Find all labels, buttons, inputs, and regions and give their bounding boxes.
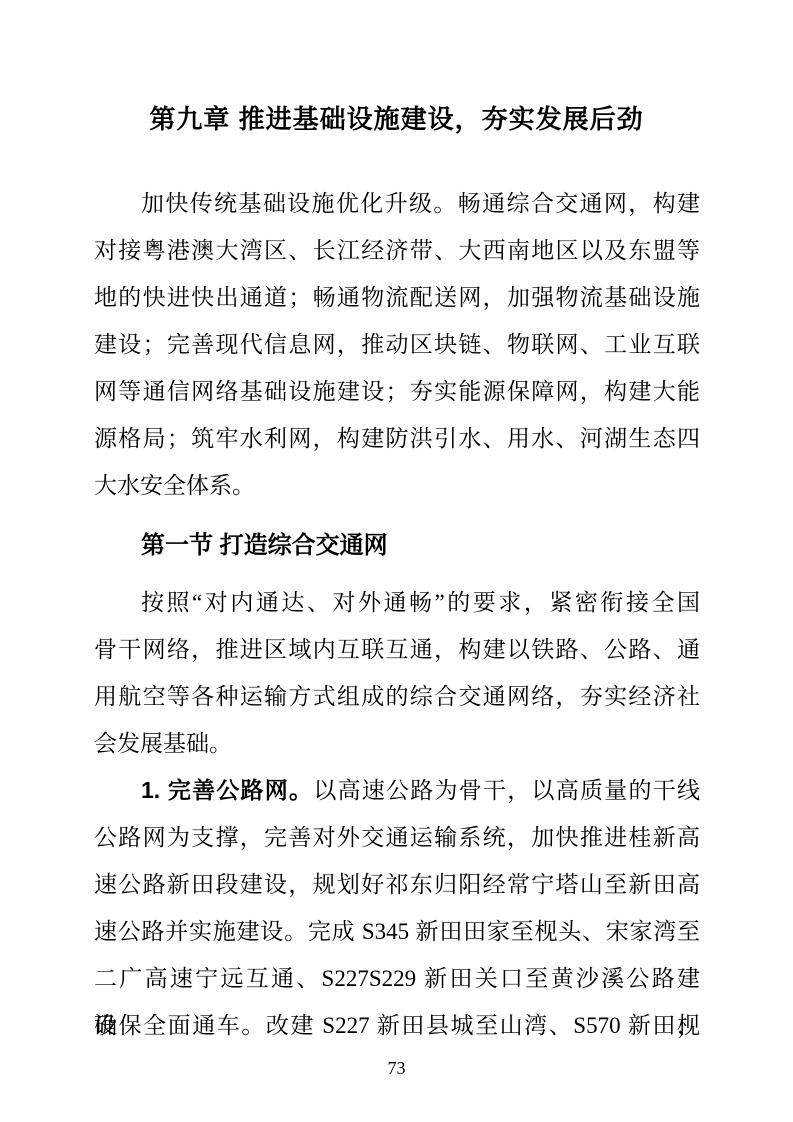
document-page: 第九章 推进基础设施建设，夯实发展后劲 加快传统基础设施优化升级。畅通综合交通网… (0, 0, 793, 1122)
text-line: 速公路新田段建设，规划好祁东归阳经常宁塔山至新田高 (94, 861, 700, 908)
paragraph-intro: 加快传统基础设施优化升级。畅通综合交通网，构建 对接粤港澳大湾区、长江经济带、大… (94, 180, 700, 509)
paragraph-highway-network: 1. 完善公路网。以高速公路为骨干，以高质量的干线 公路网为支撑，完善对外交通运… (94, 767, 700, 1049)
text-line: 大水安全体系。 (94, 462, 700, 509)
text-line: 源格局；筑牢水利网，构建防洪引水、用水、河湖生态四 (94, 415, 700, 462)
text-line: 地的快进快出通道；畅通物流配送网，加强物流基础设施 (94, 274, 700, 321)
section-heading: 第一节 打造综合交通网 (94, 525, 700, 567)
text-line: 公路网为支撑，完善对外交通运输系统，加快推进桂新高 (94, 814, 700, 861)
text-line: 网等通信网络基础设施建设；夯实能源保障网，构建大能 (94, 368, 700, 415)
page-number: 73 (0, 1056, 793, 1080)
paragraph-section-intro: 按照“对内通达、对外通畅”的要求，紧密衔接全国 骨干网络，推进区域内互联互通，构… (94, 579, 700, 767)
text-line: 会发展基础。 (94, 720, 700, 767)
list-item-lead: 1. 完善公路网。 (141, 777, 313, 803)
chapter-title: 第九章 推进基础设施建设，夯实发展后劲 (0, 0, 793, 140)
text-line: 1. 完善公路网。以高速公路为骨干，以高质量的干线 (94, 767, 700, 814)
text-line: 用航空等各种运输方式组成的综合交通网络，夯实经济社 (94, 673, 700, 720)
text-line: 按照“对内通达、对外通畅”的要求，紧密衔接全国 (94, 579, 700, 626)
text-line: 加快传统基础设施优化升级。畅通综合交通网，构建 (94, 180, 700, 227)
content-area: 加快传统基础设施优化升级。畅通综合交通网，构建 对接粤港澳大湾区、长江经济带、大… (94, 180, 700, 1049)
text-line: 确保全面通车。改建 S227 新田县城至山湾、S570 新田枧 (94, 1002, 700, 1049)
text-span: 以高速公路为骨干，以高质量的干线 (313, 778, 700, 803)
text-line: 建设；完善现代信息网，推动区块链、物联网、工业互联 (94, 321, 700, 368)
text-line: 骨干网络，推进区域内互联互通，构建以铁路、公路、通 (94, 626, 700, 673)
text-line: 对接粤港澳大湾区、长江经济带、大西南地区以及东盟等 (94, 227, 700, 274)
text-line: 速公路并实施建设。完成 S345 新田田家至枧头、宋家湾至 (94, 908, 700, 955)
text-line: 二广高速宁远互通、S227S229 新田关口至黄沙溪公路建设， (94, 955, 700, 1002)
